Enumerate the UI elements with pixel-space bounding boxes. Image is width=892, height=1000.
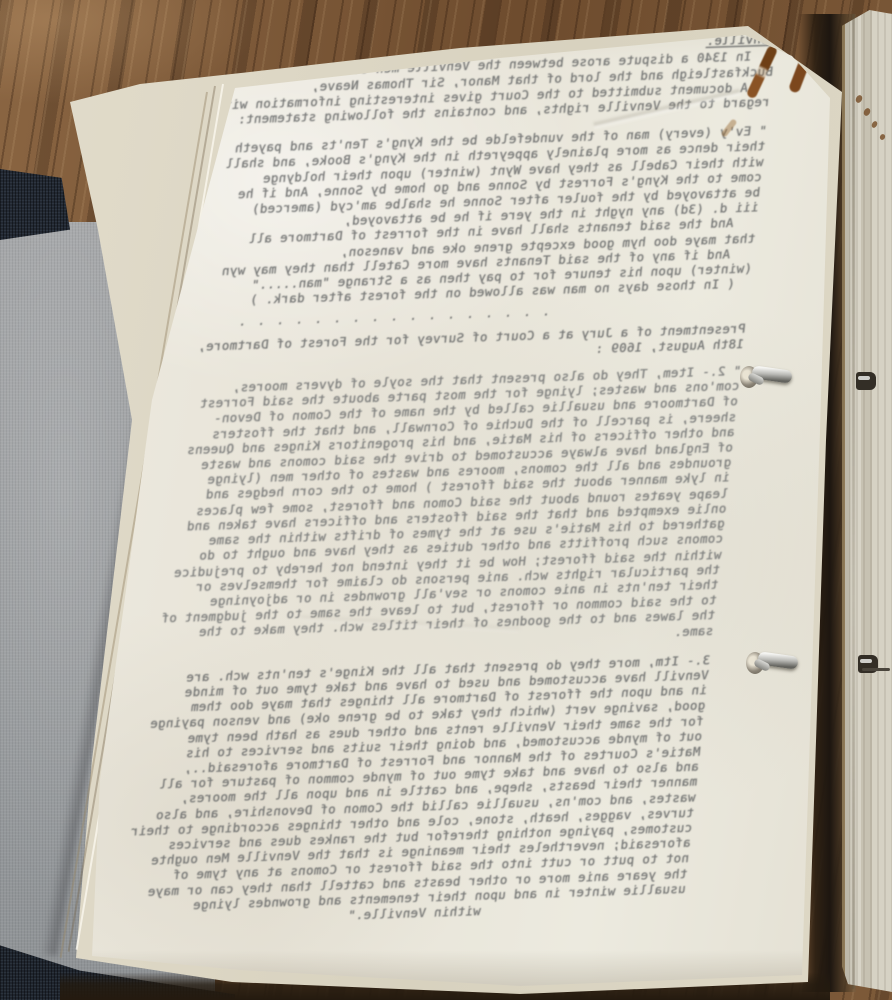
binder-pin-shaft [862, 668, 890, 671]
binder-pin-stub-icon [856, 372, 876, 390]
photo-of-bound-typescript: Grazing Rights & Customs on Dartmoor. Ve… [0, 0, 892, 1000]
binder-pin-icon [746, 646, 806, 680]
binder-pin-icon [740, 360, 800, 394]
right-page-stack [842, 10, 892, 992]
right-page-crease [852, 14, 855, 989]
